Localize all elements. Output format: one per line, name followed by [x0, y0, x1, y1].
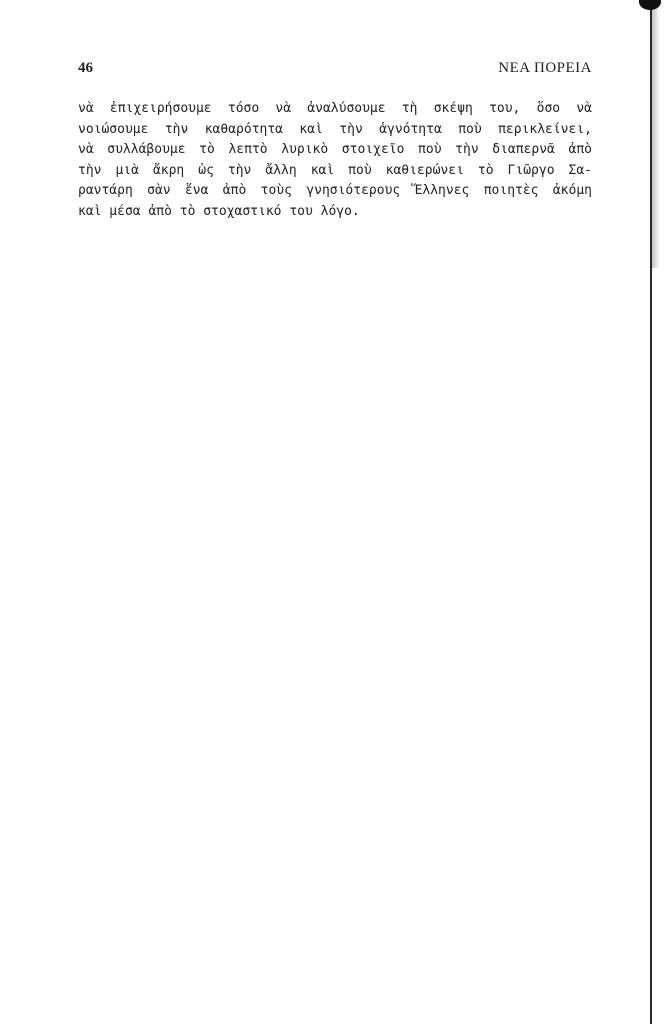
text-line: καὶ μέσα ἀπὸ τὸ στοχαστικό του λόγο.	[78, 202, 592, 223]
document-page: 46 ΝΕΑ ΠΟΡΕΙΑ νὰ ἐπιχειρήσουμε τόσο νὰ ἀ…	[0, 0, 669, 1024]
binding-line	[650, 8, 652, 1024]
body-paragraph: νὰ ἐπιχειρήσουμε τόσο νὰ ἀναλύσουμε τὴ σ…	[78, 99, 592, 222]
journal-title: ΝΕΑ ΠΟΡΕΙΑ	[498, 60, 592, 77]
text-line: νὰ συλλάβουμε τὸ λεπτὸ λυρικὸ στοιχεῖο π…	[78, 140, 592, 161]
text-line: νὰ ἐπιχειρήσουμε τόσο νὰ ἀναλύσουμε τὴ σ…	[78, 99, 592, 120]
running-head: 46 ΝΕΑ ΠΟΡΕΙΑ	[78, 60, 592, 80]
text-line: νοιώσουμε τὴν καθαρότητα καὶ τὴν ἁγνότητ…	[78, 120, 592, 141]
binding-shadow	[652, 8, 660, 268]
page-binding-edge	[647, 0, 669, 1024]
text-line: ραντάρη σὰν ἕνα ἀπὸ τοὺς γνησιότερους Ἕλ…	[78, 181, 592, 202]
page-number: 46	[78, 60, 93, 77]
text-line: τὴν μιὰ ἄκρη ὡς τὴν ἄλλη καὶ ποὺ καθιερώ…	[78, 161, 592, 182]
